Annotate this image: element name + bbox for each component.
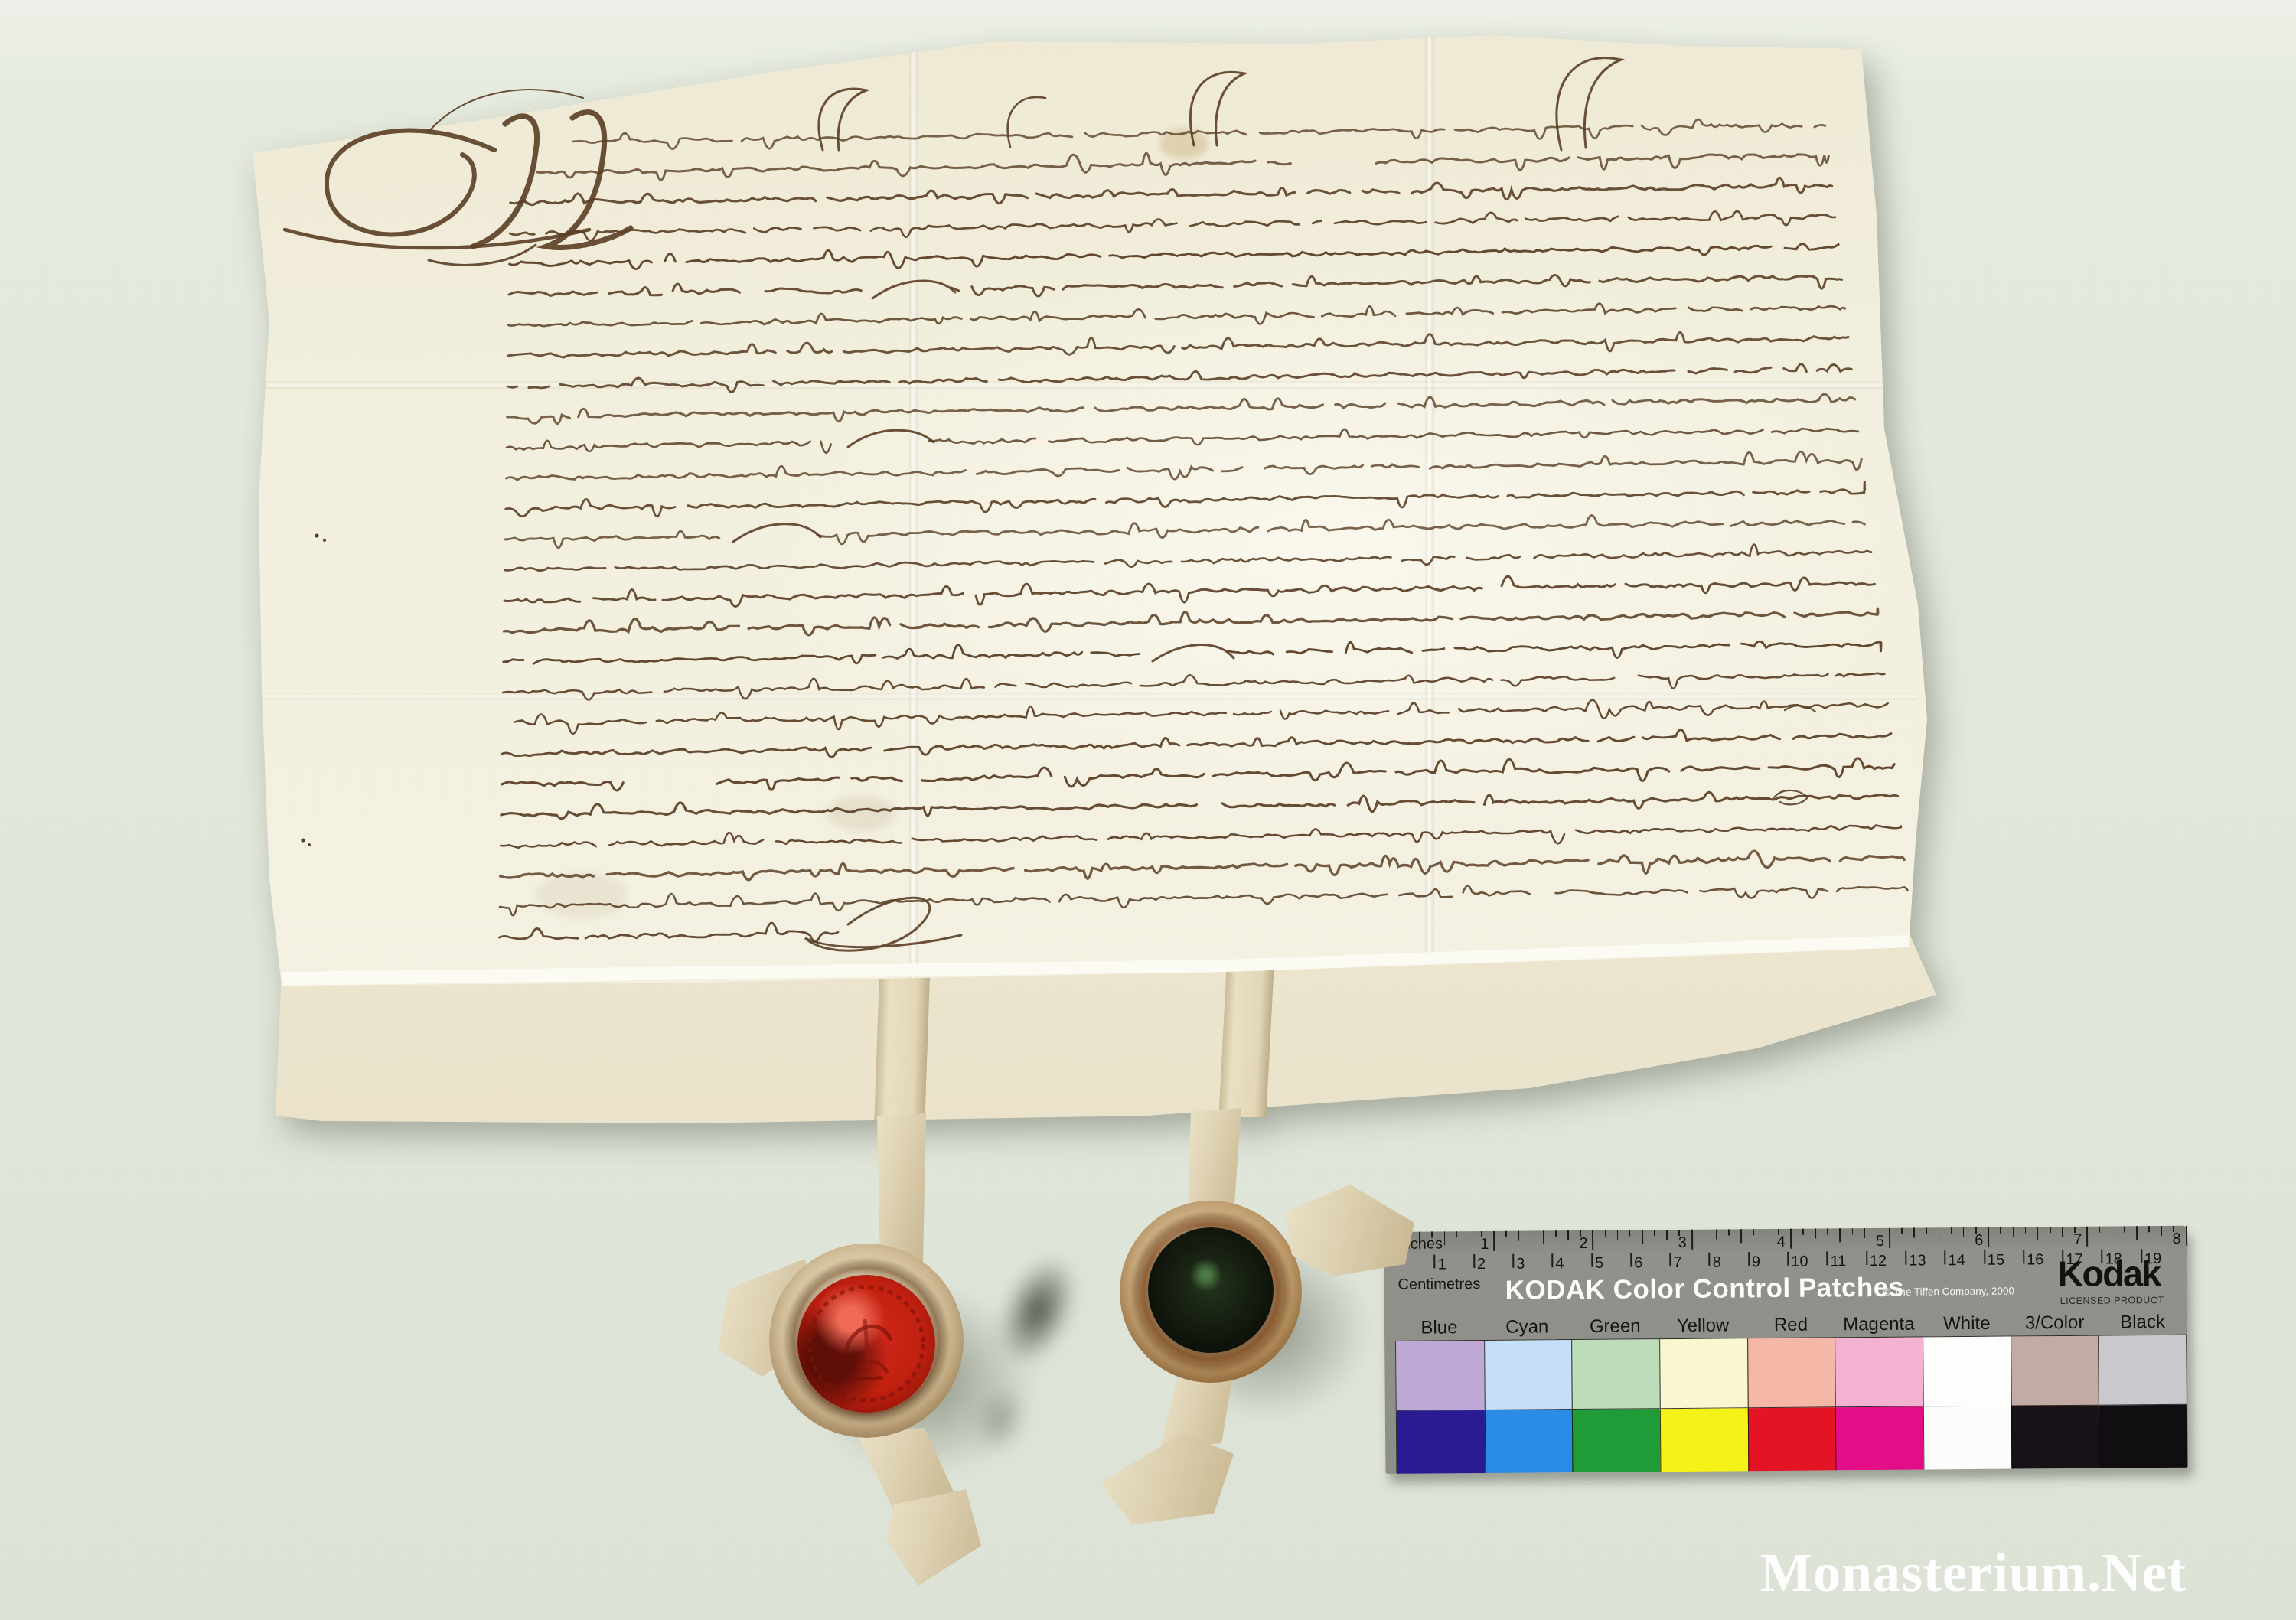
ruler-number: 16 (2027, 1251, 2043, 1269)
ruler-tick (1866, 1251, 1867, 1265)
archival-photo: Inches Centimetres 123456781234567891011… (0, 0, 2296, 1620)
ruler-tick (2023, 1250, 2024, 1263)
ruler-tick (1802, 1229, 1804, 1235)
ruler-number: 7 (1673, 1254, 1681, 1272)
ruler-tick (1605, 1230, 1606, 1237)
patch-label: Red (1746, 1314, 1835, 1336)
ruler-tick (1827, 1251, 1828, 1265)
ruler-tick (1592, 1230, 1593, 1250)
ruler-tick (1753, 1229, 1754, 1235)
ruler-tick (1864, 1228, 1866, 1238)
kodak-color-card: Inches Centimetres 123456781234567891011… (1384, 1226, 2188, 1474)
seal-engraving (797, 1275, 935, 1413)
ruler-tick (2148, 1226, 2150, 1232)
ruler-tick (1988, 1227, 1989, 1247)
ruler-tick (1591, 1253, 1593, 1267)
ruler-tick (1419, 1232, 1420, 1242)
ruler-tick (1473, 1254, 1475, 1268)
ruler-number: 1 (1473, 1236, 1489, 1253)
ruler-tick (1434, 1254, 1436, 1268)
ruler-tick (1493, 1231, 1495, 1251)
ruler-tick (1709, 1253, 1711, 1266)
ruler-tick (1512, 1254, 1514, 1268)
ruler-number: 4 (1770, 1234, 1786, 1251)
ruler-number: 5 (1595, 1255, 1603, 1273)
ruler-tick (1901, 1228, 1903, 1234)
color-patch-blue-solid (1397, 1410, 1485, 1474)
red-wax-seal-bowl (769, 1244, 964, 1438)
ruler-tick (2012, 1227, 2014, 1237)
ruler-tick (1654, 1230, 1655, 1236)
color-patch-green-tint (1571, 1339, 1659, 1410)
ruler-number: 12 (1870, 1253, 1887, 1270)
ruler-tick (1531, 1230, 1532, 1237)
ruler-tick (1963, 1227, 1965, 1237)
color-patch-yellow-tint (1659, 1338, 1747, 1409)
ruler-tick (2186, 1226, 2187, 1246)
ruler-tick (2025, 1227, 2027, 1233)
ruler-tick (1815, 1229, 1816, 1239)
ruler-tick (1669, 1253, 1671, 1266)
dark-wax-seal (1148, 1227, 1274, 1353)
ruler-tick (1839, 1228, 1841, 1242)
ruler-number: 6 (1968, 1232, 1983, 1250)
seal-tag-right-upper (1218, 952, 1274, 1117)
color-patch-black-tint (2098, 1335, 2186, 1406)
ruler-tick (1889, 1228, 1890, 1248)
ruler-number: 7 (2066, 1231, 2082, 1249)
ruler-tick (1630, 1253, 1632, 1266)
patch-label: Green (1571, 1315, 1659, 1338)
ruler-tick (1691, 1230, 1693, 1250)
ruler-number: 4 (1555, 1255, 1564, 1273)
ruler-tick (1505, 1231, 1507, 1237)
color-patch-magenta-solid (1835, 1406, 1923, 1470)
ruler-tick (1704, 1230, 1705, 1236)
ruler-tick (1567, 1230, 1569, 1240)
ruler-tick (1555, 1230, 1557, 1237)
ruler-tick (1551, 1253, 1553, 1267)
ruler-tick (2086, 1227, 2088, 1247)
ruler-tick (2099, 1227, 2101, 1233)
patch-label: Cyan (1483, 1316, 1571, 1338)
ruler-tick (1469, 1231, 1470, 1241)
color-patch-yellow-solid (1660, 1408, 1748, 1472)
color-patch-cyan-tint (1484, 1340, 1572, 1410)
parchment-stain (536, 872, 628, 918)
color-patch-3color-tint (2011, 1336, 2099, 1406)
ruler-tick (1926, 1227, 1927, 1234)
fold-crease (1425, 35, 1434, 976)
kodak-logo: Kodak (2057, 1252, 2160, 1295)
color-patch-white-tint (1923, 1337, 2011, 1407)
color-patch-red-tint (1747, 1338, 1835, 1408)
ruler-tick (2062, 1227, 2063, 1237)
ruler-number: 3 (1671, 1234, 1687, 1252)
color-patch-white-solid (1923, 1406, 2011, 1470)
fold-crease (264, 693, 1917, 700)
ruler-tick (1748, 1252, 1750, 1266)
card-title: KODAK Color Control Patches (1505, 1273, 1903, 1306)
color-patch-blue-tint (1396, 1341, 1484, 1411)
parchment-stain (1159, 129, 1208, 159)
ruler-tick (1518, 1231, 1519, 1241)
ruler-tick (1629, 1230, 1631, 1236)
ruler-tick (1728, 1229, 1730, 1235)
ruler-tick (1431, 1231, 1433, 1237)
ruler-tick (1827, 1228, 1828, 1234)
dark-wax-seal-bowl (1120, 1201, 1302, 1383)
ruler-number: 13 (1909, 1252, 1926, 1270)
patch-label: White (1923, 1313, 2011, 1335)
ruler-number: 10 (1791, 1253, 1808, 1271)
patch-grid (1395, 1335, 2187, 1473)
ruler-tick (1456, 1231, 1458, 1237)
color-patch-3color-solid (2011, 1406, 2099, 1469)
ruler-tick (1939, 1227, 1940, 1241)
fold-crease (909, 46, 918, 987)
seal-tag-left-upper (874, 961, 930, 1120)
ruler-tick (1852, 1228, 1854, 1234)
ruler-number: 2 (1477, 1256, 1486, 1273)
ruler-number: 9 (1752, 1253, 1760, 1271)
ruler-tick (1984, 1250, 1985, 1264)
patch-label: Blue (1395, 1317, 1483, 1339)
color-patch-red-solid (1747, 1407, 1835, 1471)
ruler-number: 11 (1831, 1253, 1847, 1270)
ruler-tick (1951, 1227, 1952, 1234)
ruler-tick (2037, 1227, 2039, 1240)
ruler-number: 8 (2166, 1230, 2181, 1248)
ruler-tick (2000, 1227, 2001, 1234)
ruler-tick (2112, 1227, 2113, 1237)
ruler-tick (1716, 1230, 1717, 1240)
centimetres-label: Centimetres (1397, 1276, 1480, 1294)
patch-label: Magenta (1835, 1313, 1923, 1335)
ruler-number: 2 (1572, 1235, 1587, 1253)
ruler-tick (1642, 1230, 1643, 1244)
ruler-number: 3 (1516, 1256, 1525, 1273)
ruler-tick (1740, 1229, 1742, 1243)
color-patch-green-solid (1572, 1409, 1660, 1472)
ruler-tick (1913, 1228, 1915, 1238)
ruler-number: 8 (1713, 1254, 1721, 1272)
fold-crease (260, 381, 1913, 389)
ruler-tick (1444, 1231, 1446, 1245)
ruler-tick (2124, 1226, 2125, 1232)
ruler-tick (1790, 1229, 1792, 1249)
ruler-tick (1944, 1250, 1945, 1264)
ruler-tick (1666, 1230, 1668, 1240)
ruler-tick (2136, 1226, 2138, 1240)
ruler-tick (2161, 1226, 2162, 1236)
kodak-licensed-product: LICENSED PRODUCT (2060, 1295, 2164, 1306)
parchment-stain (827, 796, 895, 831)
ruler-number: 14 (1948, 1252, 1965, 1270)
patch-label: Yellow (1659, 1315, 1747, 1337)
card-copyright: © The Tiffen Company, 2000 (1883, 1286, 2014, 1298)
ruler-number: 6 (1634, 1254, 1642, 1272)
ruler-tick (1787, 1252, 1789, 1266)
color-patch-cyan-solid (1484, 1410, 1572, 1473)
ruler-tick (1543, 1230, 1544, 1244)
ruler-tick (1765, 1229, 1766, 1239)
ruler-tick (1905, 1251, 1906, 1265)
watermark: Monasterium.Net (1760, 1541, 2187, 1605)
patch-label: Black (2099, 1312, 2187, 1334)
ruler-tick (1617, 1230, 1619, 1240)
color-patch-black-solid (2099, 1405, 2187, 1468)
ruler-tick (2050, 1227, 2051, 1233)
color-patch-magenta-tint (1835, 1337, 1923, 1407)
ruler-number: 1 (1438, 1256, 1446, 1273)
patch-label: 3/Color (2011, 1312, 2099, 1335)
ruler-number: 15 (1988, 1252, 2004, 1270)
ruler-number: 5 (1869, 1233, 1884, 1250)
red-wax-seal (797, 1275, 935, 1413)
